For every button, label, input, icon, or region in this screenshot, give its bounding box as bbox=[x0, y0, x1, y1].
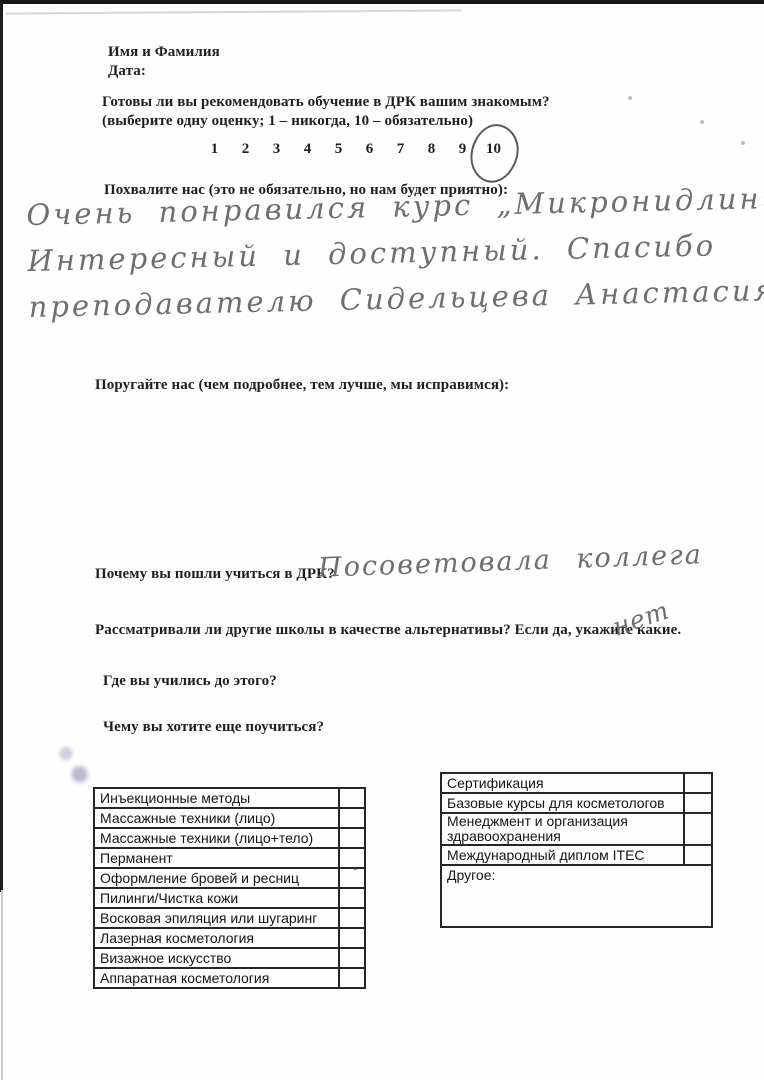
scan-speck bbox=[628, 96, 632, 100]
checkbox-cell bbox=[684, 813, 712, 845]
alternatives-label: Рассматривали ли другие школы в качестве… bbox=[95, 622, 681, 639]
table-row: Лазерная косметология bbox=[94, 928, 365, 948]
checkbox-cell bbox=[339, 808, 365, 828]
checkbox-cell bbox=[339, 888, 365, 908]
checkbox-cell bbox=[684, 845, 712, 865]
courses-checklist-table: Инъекционные методы Массажные техники (л… bbox=[93, 787, 366, 989]
scan-speck bbox=[741, 141, 745, 145]
rating-scale: 1 2 3 4 5 6 7 8 9 10 bbox=[199, 141, 509, 158]
table-row: Другое: bbox=[441, 865, 712, 927]
table-row: Пилинги/Чистка кожи bbox=[94, 888, 365, 908]
checkbox-cell bbox=[684, 773, 712, 793]
table-row: Базовые курсы для косметологов bbox=[441, 793, 712, 813]
table-row: Менеджмент и организация здравоохранения bbox=[441, 813, 712, 845]
scan-edge-artifact-top bbox=[0, 0, 764, 4]
handwritten-praise-answer: Очень понравился курс „Микронидлинг“ Инт… bbox=[26, 175, 764, 330]
checkbox-cell bbox=[339, 928, 365, 948]
table-row: Массажные техники (лицо) bbox=[94, 808, 365, 828]
rating-option-3: 3 bbox=[261, 141, 292, 158]
rating-option-4: 4 bbox=[292, 141, 323, 158]
rating-option-7: 7 bbox=[385, 141, 416, 158]
program-label: Сертификация bbox=[441, 773, 684, 793]
recommend-hint: (выберите одну оценку; 1 – никогда, 10 –… bbox=[102, 113, 473, 130]
scanned-questionnaire-page: Имя и Фамилия Дата: Готовы ли вы рекомен… bbox=[0, 0, 764, 1080]
course-label: Восковая эпиляция или шугаринг bbox=[94, 908, 339, 928]
scan-line-artifact bbox=[6, 9, 462, 14]
course-label: Аппаратная косметология bbox=[94, 968, 339, 988]
checkbox-cell bbox=[684, 793, 712, 813]
program-label: Международный диплом ITEC bbox=[441, 845, 684, 865]
rating-option-2: 2 bbox=[230, 141, 261, 158]
course-label: Визажное искусство bbox=[94, 948, 339, 968]
recommend-question: Готовы ли вы рекомендовать обучение в ДР… bbox=[102, 94, 550, 111]
checkbox-cell bbox=[339, 968, 365, 988]
course-label: Инъекционные методы bbox=[94, 788, 339, 808]
scan-edge-artifact-left-faint bbox=[1, 890, 3, 1080]
handwritten-selection-circle bbox=[465, 119, 524, 187]
table-row: Инъекционные методы bbox=[94, 788, 365, 808]
other-field: Другое: bbox=[441, 865, 712, 927]
checkbox-cell bbox=[339, 908, 365, 928]
table-row: Массажные техники (лицо+тело) bbox=[94, 828, 365, 848]
prior-education-label: Где вы учились до этого? bbox=[103, 673, 277, 690]
table-row: Оформление бровей и ресниц ✕ bbox=[94, 868, 365, 888]
table-row: Сертификация bbox=[441, 773, 712, 793]
table-row: Визажное искусство bbox=[94, 948, 365, 968]
table-row: Международный диплом ITEC bbox=[441, 845, 712, 865]
course-label: Массажные техники (лицо) bbox=[94, 808, 339, 828]
course-label: Пилинги/Чистка кожи bbox=[94, 888, 339, 908]
rating-option-8: 8 bbox=[416, 141, 447, 158]
programs-checklist-table: Сертификация Базовые курсы для косметоло… bbox=[440, 772, 713, 928]
checkbox-cell: ✕ bbox=[339, 868, 365, 888]
scan-edge-artifact-left bbox=[0, 0, 3, 892]
course-label: Оформление бровей и ресниц bbox=[94, 868, 339, 888]
program-label: Базовые курсы для косметологов bbox=[441, 793, 684, 813]
why-drk-label: Почему вы пошли учиться в ДРК? bbox=[95, 566, 335, 583]
course-label: Массажные техники (лицо+тело) bbox=[94, 828, 339, 848]
rating-option-1: 1 bbox=[199, 141, 230, 158]
ink-smudge bbox=[52, 742, 98, 788]
table-row: Перманент bbox=[94, 848, 365, 868]
critique-label: Поругайте нас (чем подробнее, тем лучше,… bbox=[95, 377, 509, 394]
table-row: Восковая эпиляция или шугаринг bbox=[94, 908, 365, 928]
rating-option-5: 5 bbox=[323, 141, 354, 158]
handwritten-why-answer: Посоветовала коллега bbox=[318, 539, 704, 583]
table-row: Аппаратная косметология bbox=[94, 968, 365, 988]
checkbox-cell bbox=[339, 948, 365, 968]
name-label: Имя и Фамилия bbox=[108, 44, 220, 61]
date-label: Дата: bbox=[108, 63, 146, 80]
rating-option-6: 6 bbox=[354, 141, 385, 158]
checkbox-cell bbox=[339, 848, 365, 868]
checkbox-cell bbox=[339, 828, 365, 848]
handwritten-check-mark: ✕ bbox=[339, 868, 365, 872]
checkbox-cell bbox=[339, 788, 365, 808]
course-label: Перманент bbox=[94, 848, 339, 868]
program-label: Менеджмент и организация здравоохранения bbox=[441, 813, 684, 845]
more-learning-label: Чему вы хотите еще поучиться? bbox=[103, 719, 324, 736]
scan-speck bbox=[700, 120, 704, 124]
course-label: Лазерная косметология bbox=[94, 928, 339, 948]
